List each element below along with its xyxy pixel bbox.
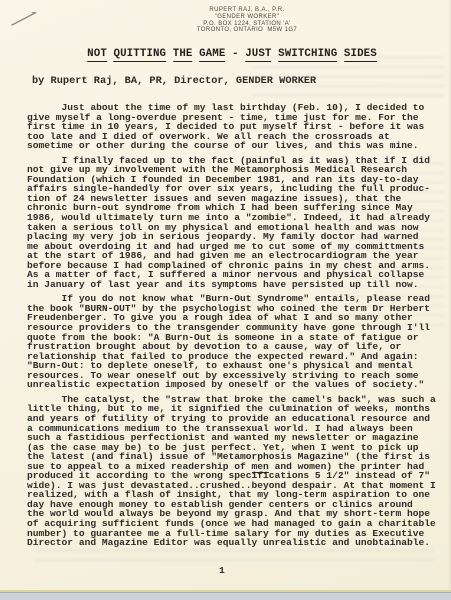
letterhead-line: TORONTO, ONTARIO M5W 1G7	[97, 27, 397, 34]
title-word: SWITCHING	[278, 48, 337, 62]
scanned-document-page: RUPERT RAJ, B.A., P.R."GENDER WORKER"P.O…	[0, 0, 451, 600]
title-word: JUST	[245, 48, 271, 62]
text-line: Director and Magazine Editor was equally…	[27, 538, 439, 548]
title-word: NOT	[87, 48, 107, 62]
letterhead-line: "GENDER WORKER"	[97, 14, 397, 21]
document-title: NOT QUITTING THE GAME - JUST SWITCHING S…	[87, 48, 377, 60]
letterhead-line: RUPERT RAJ, B.A., P.R.	[97, 7, 397, 14]
title-word: THE	[173, 48, 193, 62]
page-number: 1	[219, 565, 225, 576]
body-paragraph: I finally faced up to the fact (painful …	[27, 156, 439, 290]
letterhead-line: P.O. BOX 1224, STATION 'A'	[97, 21, 397, 28]
title-word: SIDES	[344, 48, 377, 62]
title-word: GAME	[199, 48, 225, 62]
title-word: -	[232, 48, 239, 60]
body-paragraph: Just about the time of my last birthday …	[27, 103, 439, 151]
body-paragraph: The catalyst, the "straw that broke the …	[27, 395, 439, 548]
text-line: sometime or other during the course of o…	[27, 141, 439, 151]
title-word: QUITTING	[114, 48, 167, 62]
letterhead: RUPERT RAJ, B.A., P.R."GENDER WORKER"P.O…	[97, 7, 397, 34]
text-line: unrealistic expectation imposed by onese…	[27, 380, 439, 390]
document-body: Just about the time of my last birthday …	[27, 103, 439, 553]
byline: by Rupert Raj, BA, PR, Director, GENDER …	[32, 75, 316, 87]
scanner-edge-strip	[0, 590, 451, 600]
text-line: in January of last year and its symptoms…	[27, 280, 439, 290]
pencil-mark	[8, 8, 42, 30]
body-paragraph: If you do not know what "Burn-Out Syndro…	[27, 294, 439, 389]
